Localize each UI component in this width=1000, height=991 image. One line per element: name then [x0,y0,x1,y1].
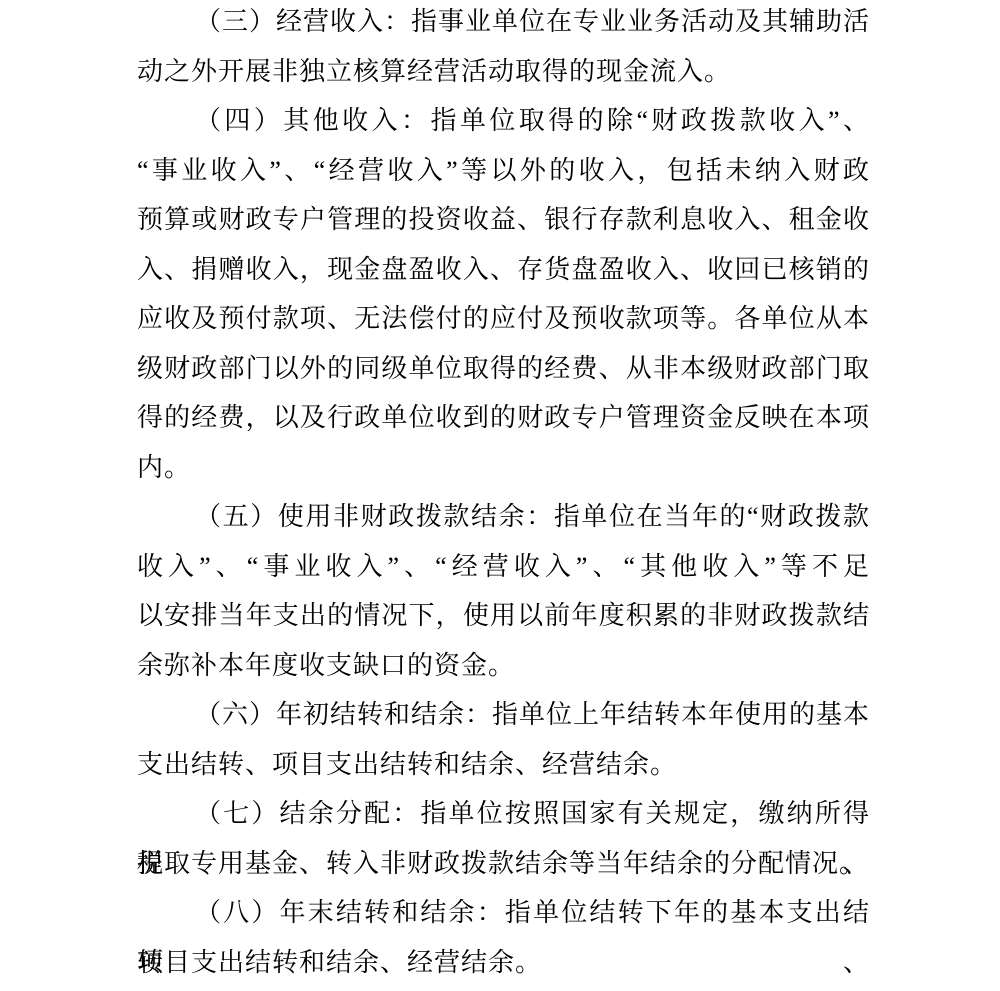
text-line: 余弥补本年度收支缺口的资金。 [137,641,870,691]
text-line: 应收及预付款项、无法偿付的应付及预收款项等。各单位从本 [137,294,870,344]
paragraph-beginning-year-carryover: （六）年初结转和结余：指单位上年结转本年使用的基本 支出结转、项目支出结转和结余… [137,690,870,789]
document-page: （三）经营收入：指事业单位在专业业务活动及其辅助活 动之外开展非独立核算经营活动… [0,0,1000,991]
text-line: （六）年初结转和结余：指单位上年结转本年使用的基本 [137,690,870,740]
paragraph-operating-income: （三）经营收入：指事业单位在专业业务活动及其辅助活 动之外开展非独立核算经营活动… [137,0,870,96]
text-line: 预算或财政专户管理的投资收益、银行存款利息收入、租金收 [137,195,870,245]
text-line: 支出结转、项目支出结转和结余、经营结余。 [137,740,870,790]
text-line: 提取专用基金、转入非财政拨款结余等当年结余的分配情况。 [137,839,870,889]
text-line: “事业收入”、“经营收入”等以外的收入，包括未纳入财政 [137,146,870,196]
text-line: （七）结余分配：指单位按照国家有关规定，缴纳所得税、 [137,789,870,839]
paragraph-surplus-distribution: （七）结余分配：指单位按照国家有关规定，缴纳所得税、 提取专用基金、转入非财政拨… [137,789,870,888]
text-line: 动之外开展非独立核算经营活动取得的现金流入。 [137,47,870,97]
paragraph-use-of-non-fiscal-surplus: （五）使用非财政拨款结余：指单位在当年的“财政拨款 收入”、“事业收入”、“经营… [137,492,870,690]
paragraph-year-end-carryover: （八）年末结转和结余：指单位结转下年的基本支出结转、 项目支出结转和结余、经营结… [137,888,870,987]
text-line: 入、捐赠收入，现金盘盈收入、存货盘盈收入、收回已核销的 [137,245,870,295]
text-line: （三）经营收入：指事业单位在专业业务活动及其辅助活 [137,0,870,47]
paragraph-other-income: （四）其他收入：指单位取得的除“财政拨款收入”、 “事业收入”、“经营收入”等以… [137,96,870,492]
text-line: 得的经费，以及行政单位收到的财政专户管理资金反映在本项 [137,393,870,443]
text-line: 以安排当年支出的情况下，使用以前年度积累的非财政拨款结 [137,591,870,641]
text-line: 收入”、“事业收入”、“经营收入”、“其他收入”等不足 [137,542,870,592]
text-line: （五）使用非财政拨款结余：指单位在当年的“财政拨款 [137,492,870,542]
text-line: （四）其他收入：指单位取得的除“财政拨款收入”、 [137,96,870,146]
text-line: （八）年末结转和结余：指单位结转下年的基本支出结转、 [137,888,870,938]
text-line: 级财政部门以外的同级单位取得的经费、从非本级财政部门取 [137,344,870,394]
document-text-block: （三）经营收入：指事业单位在专业业务活动及其辅助活 动之外开展非独立核算经营活动… [137,0,870,987]
text-line: 内。 [137,443,870,493]
